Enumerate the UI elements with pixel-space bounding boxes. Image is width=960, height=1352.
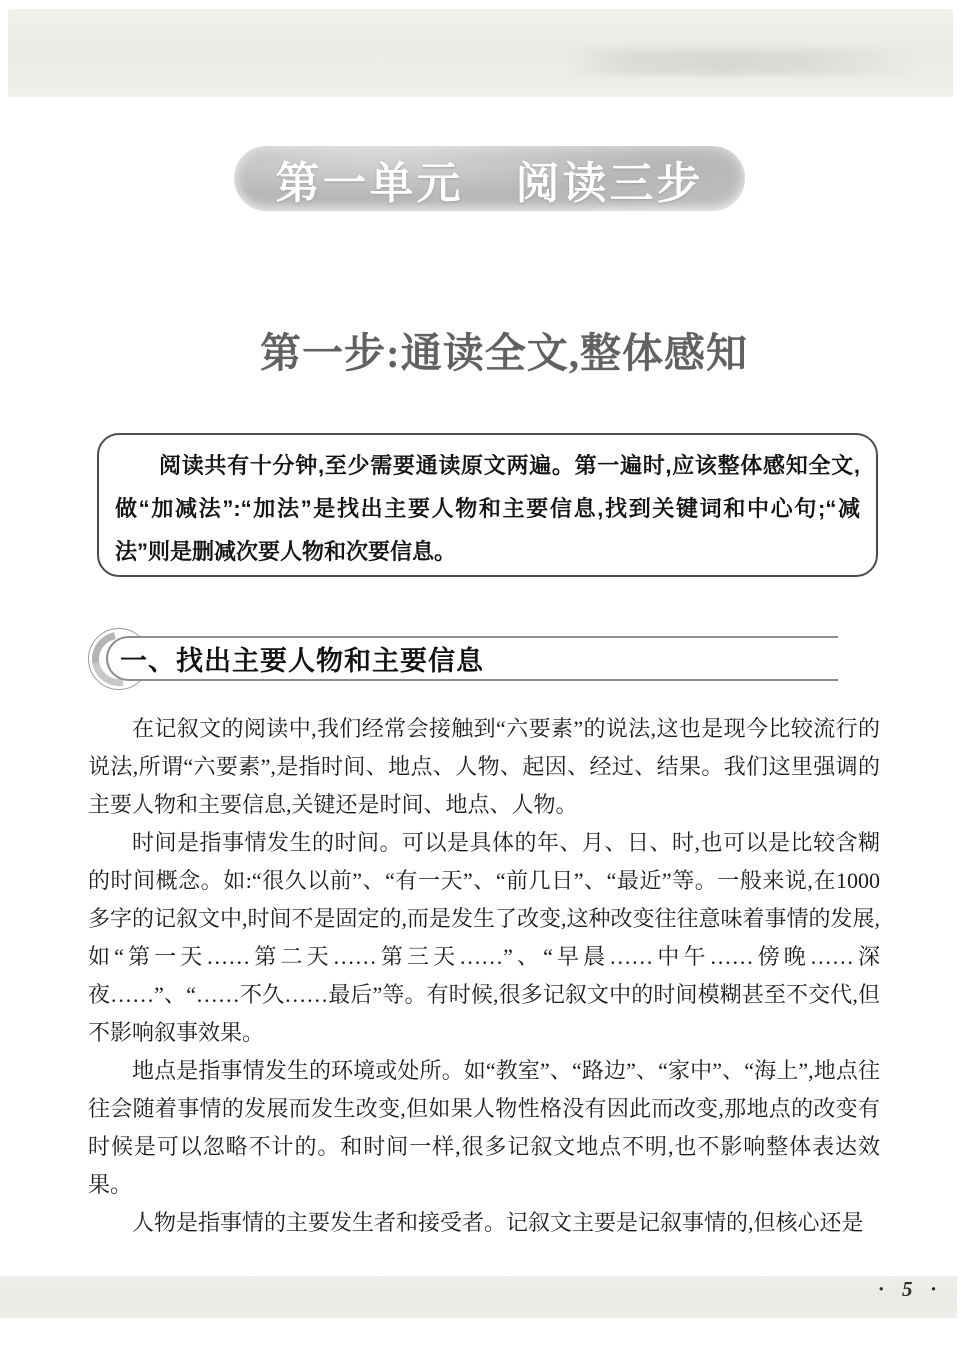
section-heading-text: 一、找出主要人物和主要信息 xyxy=(120,639,484,678)
scan-band-bottom xyxy=(0,1276,957,1318)
unit-banner-label: 第一单元 xyxy=(276,147,464,211)
unit-banner: 第一单元 阅读三步 xyxy=(234,146,745,211)
scan-band-top xyxy=(8,9,953,97)
page-number: · 5 · xyxy=(879,1277,939,1302)
intro-box-text: 阅读共有十分钟,至少需要通读原文两遍。第一遍时,应该整体感知全文,做“加减法”:… xyxy=(115,444,860,573)
unit-banner-title: 阅读三步 xyxy=(516,147,704,211)
step-title: 第一步:通读全文,整体感知 xyxy=(24,320,960,379)
body-paragraph: 地点是指事情发生的环境或处所。如“教室”、“路边”、“家中”、“海上”,地点往往… xyxy=(88,1052,880,1204)
body-paragraph: 人物是指事情的主要发生者和接受者。记叙文主要是记叙事情的,但核心还是 xyxy=(88,1204,880,1242)
intro-box: 阅读共有十分钟,至少需要通读原文两遍。第一遍时,应该整体感知全文,做“加减法”:… xyxy=(97,433,878,577)
page-bleed-artifact xyxy=(563,49,923,75)
section-heading-bar: 一、找出主要人物和主要信息 xyxy=(106,636,838,681)
body-text: 在记叙文的阅读中,我们经常会接触到“六要素”的说法,这也是现今比较流行的说法,所… xyxy=(88,710,880,1242)
body-paragraph: 时间是指事情发生的时间。可以是具体的年、月、日、时,也可以是比较含糊的时间概念。… xyxy=(88,824,880,1052)
book-page: { "banner": { "unit_label": "第一单元", "uni… xyxy=(0,0,960,1352)
body-paragraph: 在记叙文的阅读中,我们经常会接触到“六要素”的说法,这也是现今比较流行的说法,所… xyxy=(88,710,880,824)
